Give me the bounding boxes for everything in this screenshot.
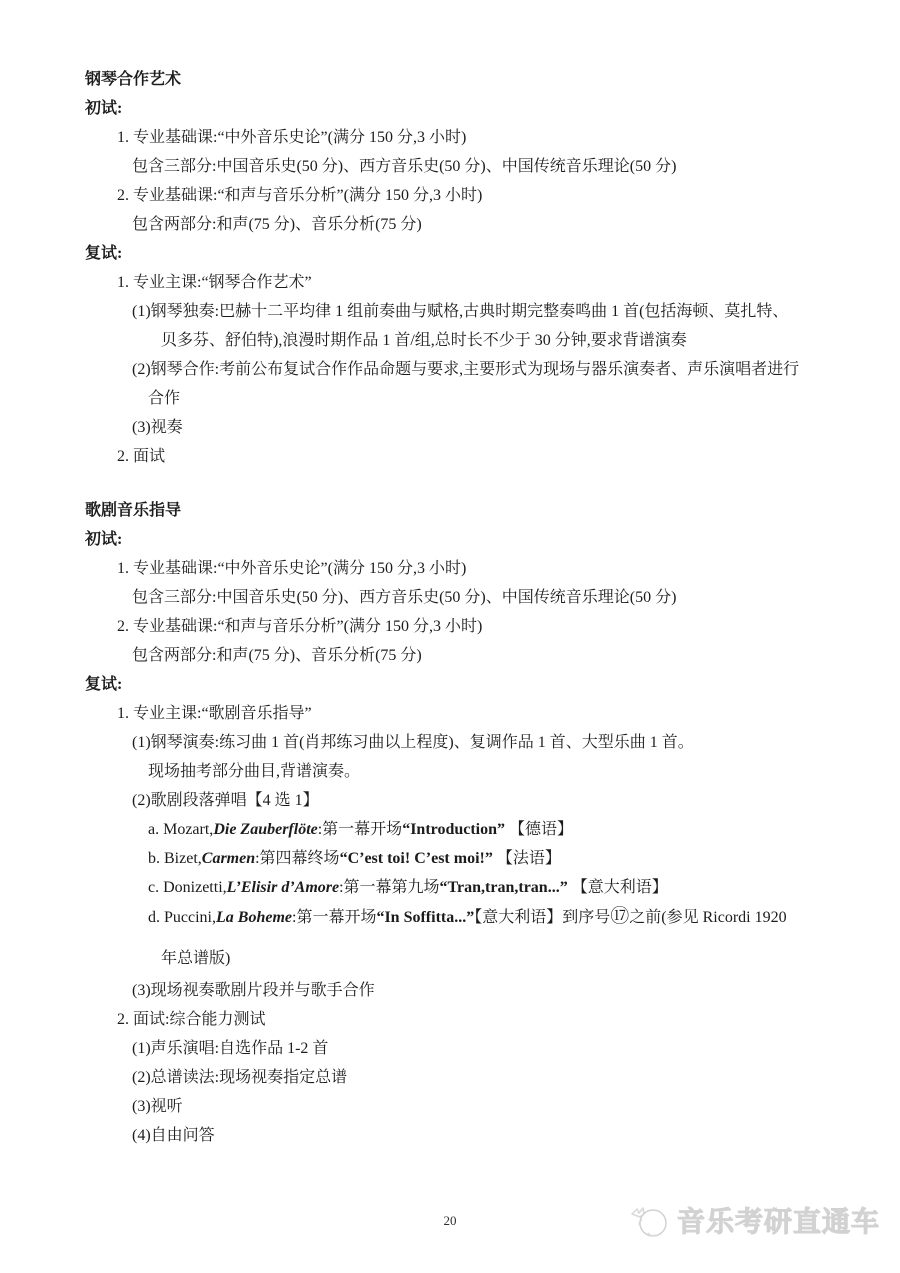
doc-line: 现场抽考部分曲目,背谱演奏。	[0, 757, 900, 786]
doc-line: 合作	[0, 384, 900, 413]
text-segment: (3)现场视奏歌剧片段并与歌手合作	[132, 982, 375, 999]
doc-line: (3)视听	[0, 1092, 900, 1121]
text-segment: :第一幕开场	[318, 821, 402, 838]
document-page: 钢琴合作艺术初试:1. 专业基础课:“中外音乐史论”(满分 150 分,3 小时…	[0, 0, 900, 1273]
text-segment: :第一幕开场	[292, 909, 376, 926]
text-segment: (1)钢琴演奏:练习曲 1 首(肖邦练习曲以上程度)、复调作品 1 首、大型乐曲…	[132, 734, 694, 751]
text-segment: 包含三部分:中国音乐史(50 分)、西方音乐史(50 分)、中国传统音乐理论(5…	[132, 589, 676, 606]
doc-line: 包含三部分:中国音乐史(50 分)、西方音乐史(50 分)、中国传统音乐理论(5…	[0, 583, 900, 612]
text-segment: (2)总谱读法:现场视奏指定总谱	[132, 1069, 347, 1086]
doc-line: d. Puccini,La Boheme:第一幕开场“In Soffitta..…	[0, 902, 900, 932]
doc-line: a. Mozart,Die Zauberflöte:第一幕开场“Introduc…	[0, 815, 900, 844]
doc-line: 2. 面试:综合能力测试	[0, 1005, 900, 1034]
text-segment: 1. 专业基础课:“中外音乐史论”(满分 150 分,3 小时)	[117, 560, 466, 577]
watermark-mascot-icon	[628, 1200, 670, 1240]
text-segment: “Introduction”	[402, 821, 505, 838]
text-segment: 之前(参见 Ricordi 1920	[629, 909, 786, 926]
text-segment: Die Zauberflöte	[213, 821, 317, 838]
text-segment: a. Mozart,	[148, 821, 213, 838]
doc-line: 初试:	[0, 525, 900, 554]
doc-line: 1. 专业主课:“歌剧音乐指导”	[0, 699, 900, 728]
text-segment: 钢琴合作艺术	[85, 71, 181, 88]
text-segment: “Tran,tran,tran...”	[440, 879, 568, 896]
text-segment: 年总谱版)	[161, 950, 230, 967]
text-segment: 1. 专业主课:“歌剧音乐指导”	[117, 705, 312, 722]
doc-line: 2. 专业基础课:“和声与音乐分析”(满分 150 分,3 小时)	[0, 181, 900, 210]
text-segment: 1. 专业基础课:“中外音乐史论”(满分 150 分,3 小时)	[117, 129, 466, 146]
text-segment: (3)视奏	[132, 419, 183, 436]
doc-line: (2)总谱读法:现场视奏指定总谱	[0, 1063, 900, 1092]
doc-line: 2. 专业基础课:“和声与音乐分析”(满分 150 分,3 小时)	[0, 612, 900, 641]
text-segment: (2)钢琴合作:考前公布复试合作作品命题与要求,主要形式为现场与器乐演奏者、声乐…	[132, 361, 799, 378]
doc-line: 2. 面试	[0, 442, 900, 471]
document-body: 钢琴合作艺术初试:1. 专业基础课:“中外音乐史论”(满分 150 分,3 小时…	[0, 65, 900, 1150]
text-segment: 2. 专业基础课:“和声与音乐分析”(满分 150 分,3 小时)	[117, 187, 482, 204]
text-segment: 2. 面试	[117, 448, 165, 465]
text-segment: 【意大利语】到序号	[474, 909, 610, 926]
text-segment: b. Bizet,	[148, 850, 202, 867]
doc-line: (2)歌剧段落弹唱【4 选 1】	[0, 786, 900, 815]
doc-line: 歌剧音乐指导	[0, 496, 900, 525]
text-segment: 2. 专业基础课:“和声与音乐分析”(满分 150 分,3 小时)	[117, 618, 482, 635]
watermark: 音乐考研直通车	[628, 1200, 880, 1240]
text-segment: 复试:	[85, 245, 122, 262]
text-segment: :第四幕终场	[255, 850, 339, 867]
text-segment: 2. 面试:综合能力测试	[117, 1011, 265, 1028]
doc-line: 1. 专业基础课:“中外音乐史论”(满分 150 分,3 小时)	[0, 554, 900, 583]
text-segment: 贝多芬、舒伯特),浪漫时期作品 1 首/组,总时长不少于 30 分钟,要求背谱演…	[161, 332, 687, 349]
doc-line: (1)钢琴演奏:练习曲 1 首(肖邦练习曲以上程度)、复调作品 1 首、大型乐曲…	[0, 728, 900, 757]
text-segment: ⑰	[610, 906, 629, 927]
doc-line: 1. 专业基础课:“中外音乐史论”(满分 150 分,3 小时)	[0, 123, 900, 152]
text-segment: (3)视听	[132, 1098, 183, 1115]
doc-line: 包含两部分:和声(75 分)、音乐分析(75 分)	[0, 641, 900, 670]
text-segment: 复试:	[85, 676, 122, 693]
text-segment: 初试:	[85, 531, 122, 548]
doc-line: 复试:	[0, 670, 900, 699]
doc-line: (1)声乐演唱:自选作品 1-2 首	[0, 1034, 900, 1063]
text-segment: 【德语】	[505, 821, 573, 838]
text-segment: 【法语】	[493, 850, 561, 867]
doc-line: c. Donizetti,L’Elisir d’Amore:第一幕第九场“Tra…	[0, 873, 900, 902]
text-segment: d. Puccini,	[148, 909, 216, 926]
text-segment: Carmen	[202, 850, 255, 867]
text-segment: 现场抽考部分曲目,背谱演奏。	[148, 763, 360, 780]
doc-line: 1. 专业主课:“钢琴合作艺术”	[0, 268, 900, 297]
watermark-text: 音乐考研直通车	[677, 1200, 880, 1240]
text-segment: 【意大利语】	[568, 879, 668, 896]
text-segment: 包含三部分:中国音乐史(50 分)、西方音乐史(50 分)、中国传统音乐理论(5…	[132, 158, 676, 175]
text-segment: “In Soffitta...”	[376, 909, 474, 926]
doc-line: (2)钢琴合作:考前公布复试合作作品命题与要求,主要形式为现场与器乐演奏者、声乐…	[0, 355, 900, 384]
text-segment: 合作	[148, 390, 180, 407]
text-segment: (2)歌剧段落弹唱【4 选 1】	[132, 792, 319, 809]
text-segment: (1)声乐演唱:自选作品 1-2 首	[132, 1040, 328, 1057]
doc-line: b. Bizet,Carmen:第四幕终场“C’est toi! C’est m…	[0, 844, 900, 873]
text-segment: 歌剧音乐指导	[85, 502, 181, 519]
text-segment: La Boheme	[216, 909, 292, 926]
doc-line: (4)自由问答	[0, 1121, 900, 1150]
doc-line: 复试:	[0, 239, 900, 268]
text-segment: “C’est toi! C’est moi!”	[340, 850, 493, 867]
text-segment: c. Donizetti,	[148, 879, 227, 896]
doc-line: 包含三部分:中国音乐史(50 分)、西方音乐史(50 分)、中国传统音乐理论(5…	[0, 152, 900, 181]
text-segment: (1)钢琴独奏:巴赫十二平均律 1 组前奏曲与赋格,古典时期完整奏鸣曲 1 首(…	[132, 303, 788, 320]
text-segment: (4)自由问答	[132, 1127, 215, 1144]
doc-line: 包含两部分:和声(75 分)、音乐分析(75 分)	[0, 210, 900, 239]
doc-line: (3)视奏	[0, 413, 900, 442]
doc-line: 钢琴合作艺术	[0, 65, 900, 94]
text-segment: 包含两部分:和声(75 分)、音乐分析(75 分)	[132, 647, 422, 664]
doc-line: 初试:	[0, 94, 900, 123]
doc-line: 年总谱版)	[0, 944, 900, 973]
text-segment: 1. 专业主课:“钢琴合作艺术”	[117, 274, 312, 291]
text-segment: :第一幕第九场	[339, 879, 439, 896]
text-segment: 包含两部分:和声(75 分)、音乐分析(75 分)	[132, 216, 422, 233]
text-segment: 初试:	[85, 100, 122, 117]
doc-line: (1)钢琴独奏:巴赫十二平均律 1 组前奏曲与赋格,古典时期完整奏鸣曲 1 首(…	[0, 297, 900, 326]
doc-line: 贝多芬、舒伯特),浪漫时期作品 1 首/组,总时长不少于 30 分钟,要求背谱演…	[0, 326, 900, 355]
text-segment: L’Elisir d’Amore	[227, 879, 339, 896]
doc-line: (3)现场视奏歌剧片段并与歌手合作	[0, 976, 900, 1005]
